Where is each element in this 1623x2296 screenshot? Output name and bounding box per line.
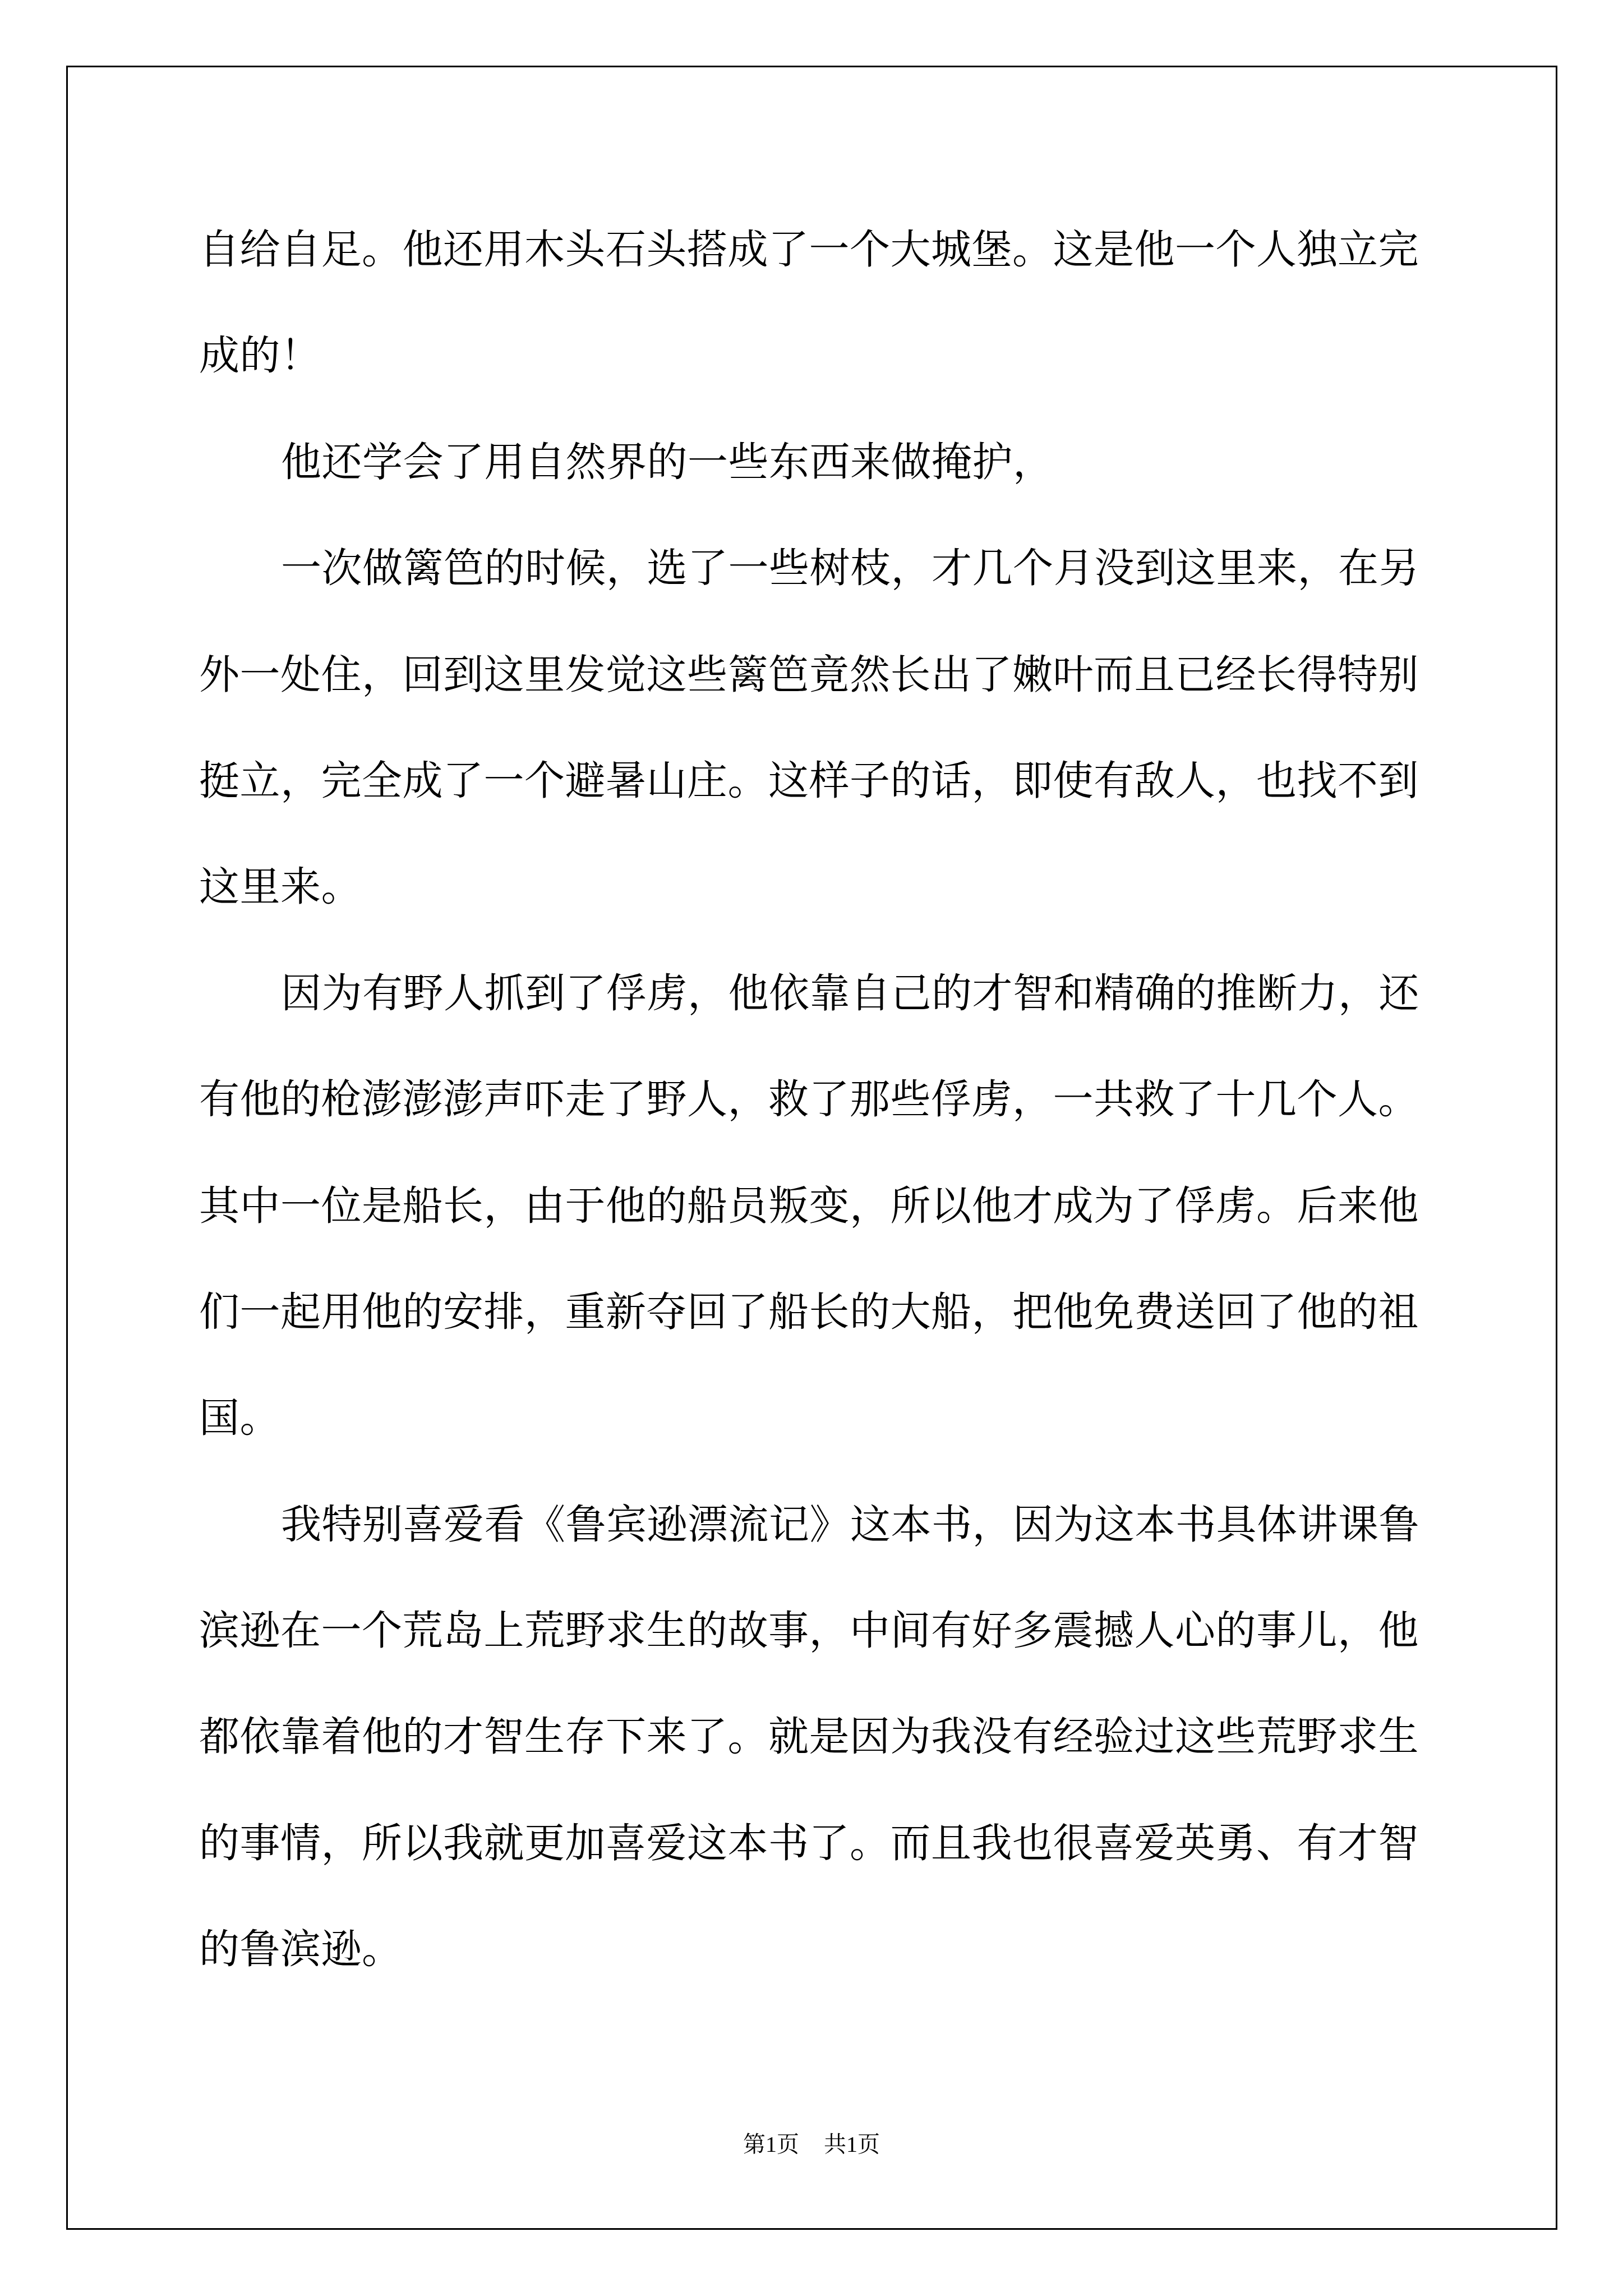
- text-line: 一次做篱笆的时候，选了一些树枝，才几个月没到这里来，在另: [199, 515, 1427, 621]
- page-number-total: 共1页: [824, 2132, 880, 2157]
- text-line: 的事情，所以我就更加喜爱这本书了。而且我也很喜爱英勇、有才智: [199, 1790, 1427, 1896]
- paragraph-4: 因为有野人抓到了俘虏，他依靠自己的才智和精确的推断力，还 有他的枪澎澎澎声吓走了…: [199, 940, 1427, 1471]
- text-line: 有他的枪澎澎澎声吓走了野人，救了那些俘虏，一共救了十几个人。: [199, 1046, 1427, 1152]
- text-line: 外一处住，回到这里发觉这些篱笆竟然长出了嫩叶而且已经长得特别: [199, 622, 1427, 728]
- text-line: 这里来。: [199, 834, 1427, 940]
- text-line: 的鲁滨逊。: [199, 1896, 1427, 2002]
- page-footer: 第1页共1页: [0, 2131, 1623, 2159]
- text-line: 成的！: [199, 302, 1427, 408]
- paragraph-3: 一次做篱笆的时候，选了一些树枝，才几个月没到这里来，在另 外一处住，回到这里发觉…: [199, 515, 1427, 940]
- text-line: 国。: [199, 1365, 1427, 1471]
- paragraph-2: 他还学会了用自然界的一些东西来做掩护，: [199, 409, 1427, 515]
- text-line: 他还学会了用自然界的一些东西来做掩护，: [199, 409, 1427, 515]
- text-line: 挺立，完全成了一个避暑山庄。这样子的话，即使有敌人，也找不到: [199, 728, 1427, 834]
- paragraph-1: 自给自足。他还用木头石头搭成了一个大城堡。这是他一个人独立完 成的！: [199, 196, 1427, 409]
- paragraph-5: 我特别喜爱看《鲁宾逊漂流记》这本书，因为这本书具体讲课鲁 滨逊在一个荒岛上荒野求…: [199, 1471, 1427, 2003]
- document-body: 自给自足。他还用木头石头搭成了一个大城堡。这是他一个人独立完 成的！ 他还学会了…: [199, 196, 1427, 2003]
- text-line: 我特别喜爱看《鲁宾逊漂流记》这本书，因为这本书具体讲课鲁: [199, 1471, 1427, 1577]
- page-number-current: 第1页: [743, 2132, 799, 2157]
- text-line: 因为有野人抓到了俘虏，他依靠自己的才智和精确的推断力，还: [199, 940, 1427, 1046]
- text-line: 滨逊在一个荒岛上荒野求生的故事，中间有好多震撼人心的事儿，他: [199, 1577, 1427, 1683]
- text-line: 都依靠着他的才智生存下来了。就是因为我没有经验过这些荒野求生: [199, 1683, 1427, 1789]
- text-line: 自给自足。他还用木头石头搭成了一个大城堡。这是他一个人独立完: [199, 196, 1427, 302]
- text-line: 其中一位是船长，由于他的船员叛变，所以他才成为了俘虏。后来他: [199, 1153, 1427, 1259]
- text-line: 们一起用他的安排，重新夺回了船长的大船，把他免费送回了他的祖: [199, 1259, 1427, 1365]
